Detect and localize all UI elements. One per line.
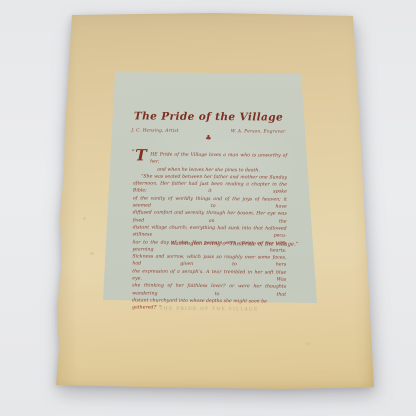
excerpt-line: diffused comfort and serenity through he… (133, 210, 287, 226)
excerpt-line: distant village church; everything had s… (133, 224, 287, 240)
excerpt-line: the expression of a seraph’s. A tear tre… (132, 268, 286, 284)
excerpt-line: she thinking of her faithless lover? or … (132, 283, 286, 299)
paper-sheet-wrapper: The Pride of the Village J. C. Hensing, … (55, 12, 375, 390)
excerpt-line: afternoon. Her father had just been read… (133, 181, 287, 197)
photo-background: The Pride of the Village J. C. Hensing, … (0, 0, 416, 416)
printed-text-layer: The Pride of the Village J. C. Hensing, … (53, 11, 376, 392)
excerpt-line: HE Pride of the Village loves a man who … (133, 151, 287, 167)
excerpt-line: of the vanity of worldly things and of t… (133, 195, 287, 211)
paper-sheet: The Pride of the Village J. C. Hensing, … (55, 12, 375, 390)
excerpt-paragraph: “ T HE Pride of the Village loves a man … (132, 151, 287, 313)
drop-cap: T (135, 147, 147, 162)
fleuron-icon: ♣ (108, 133, 308, 143)
excerpt-line: Sickness and sorrow, which pass so rough… (132, 254, 286, 270)
page-title: The Pride of the Village (108, 110, 308, 124)
